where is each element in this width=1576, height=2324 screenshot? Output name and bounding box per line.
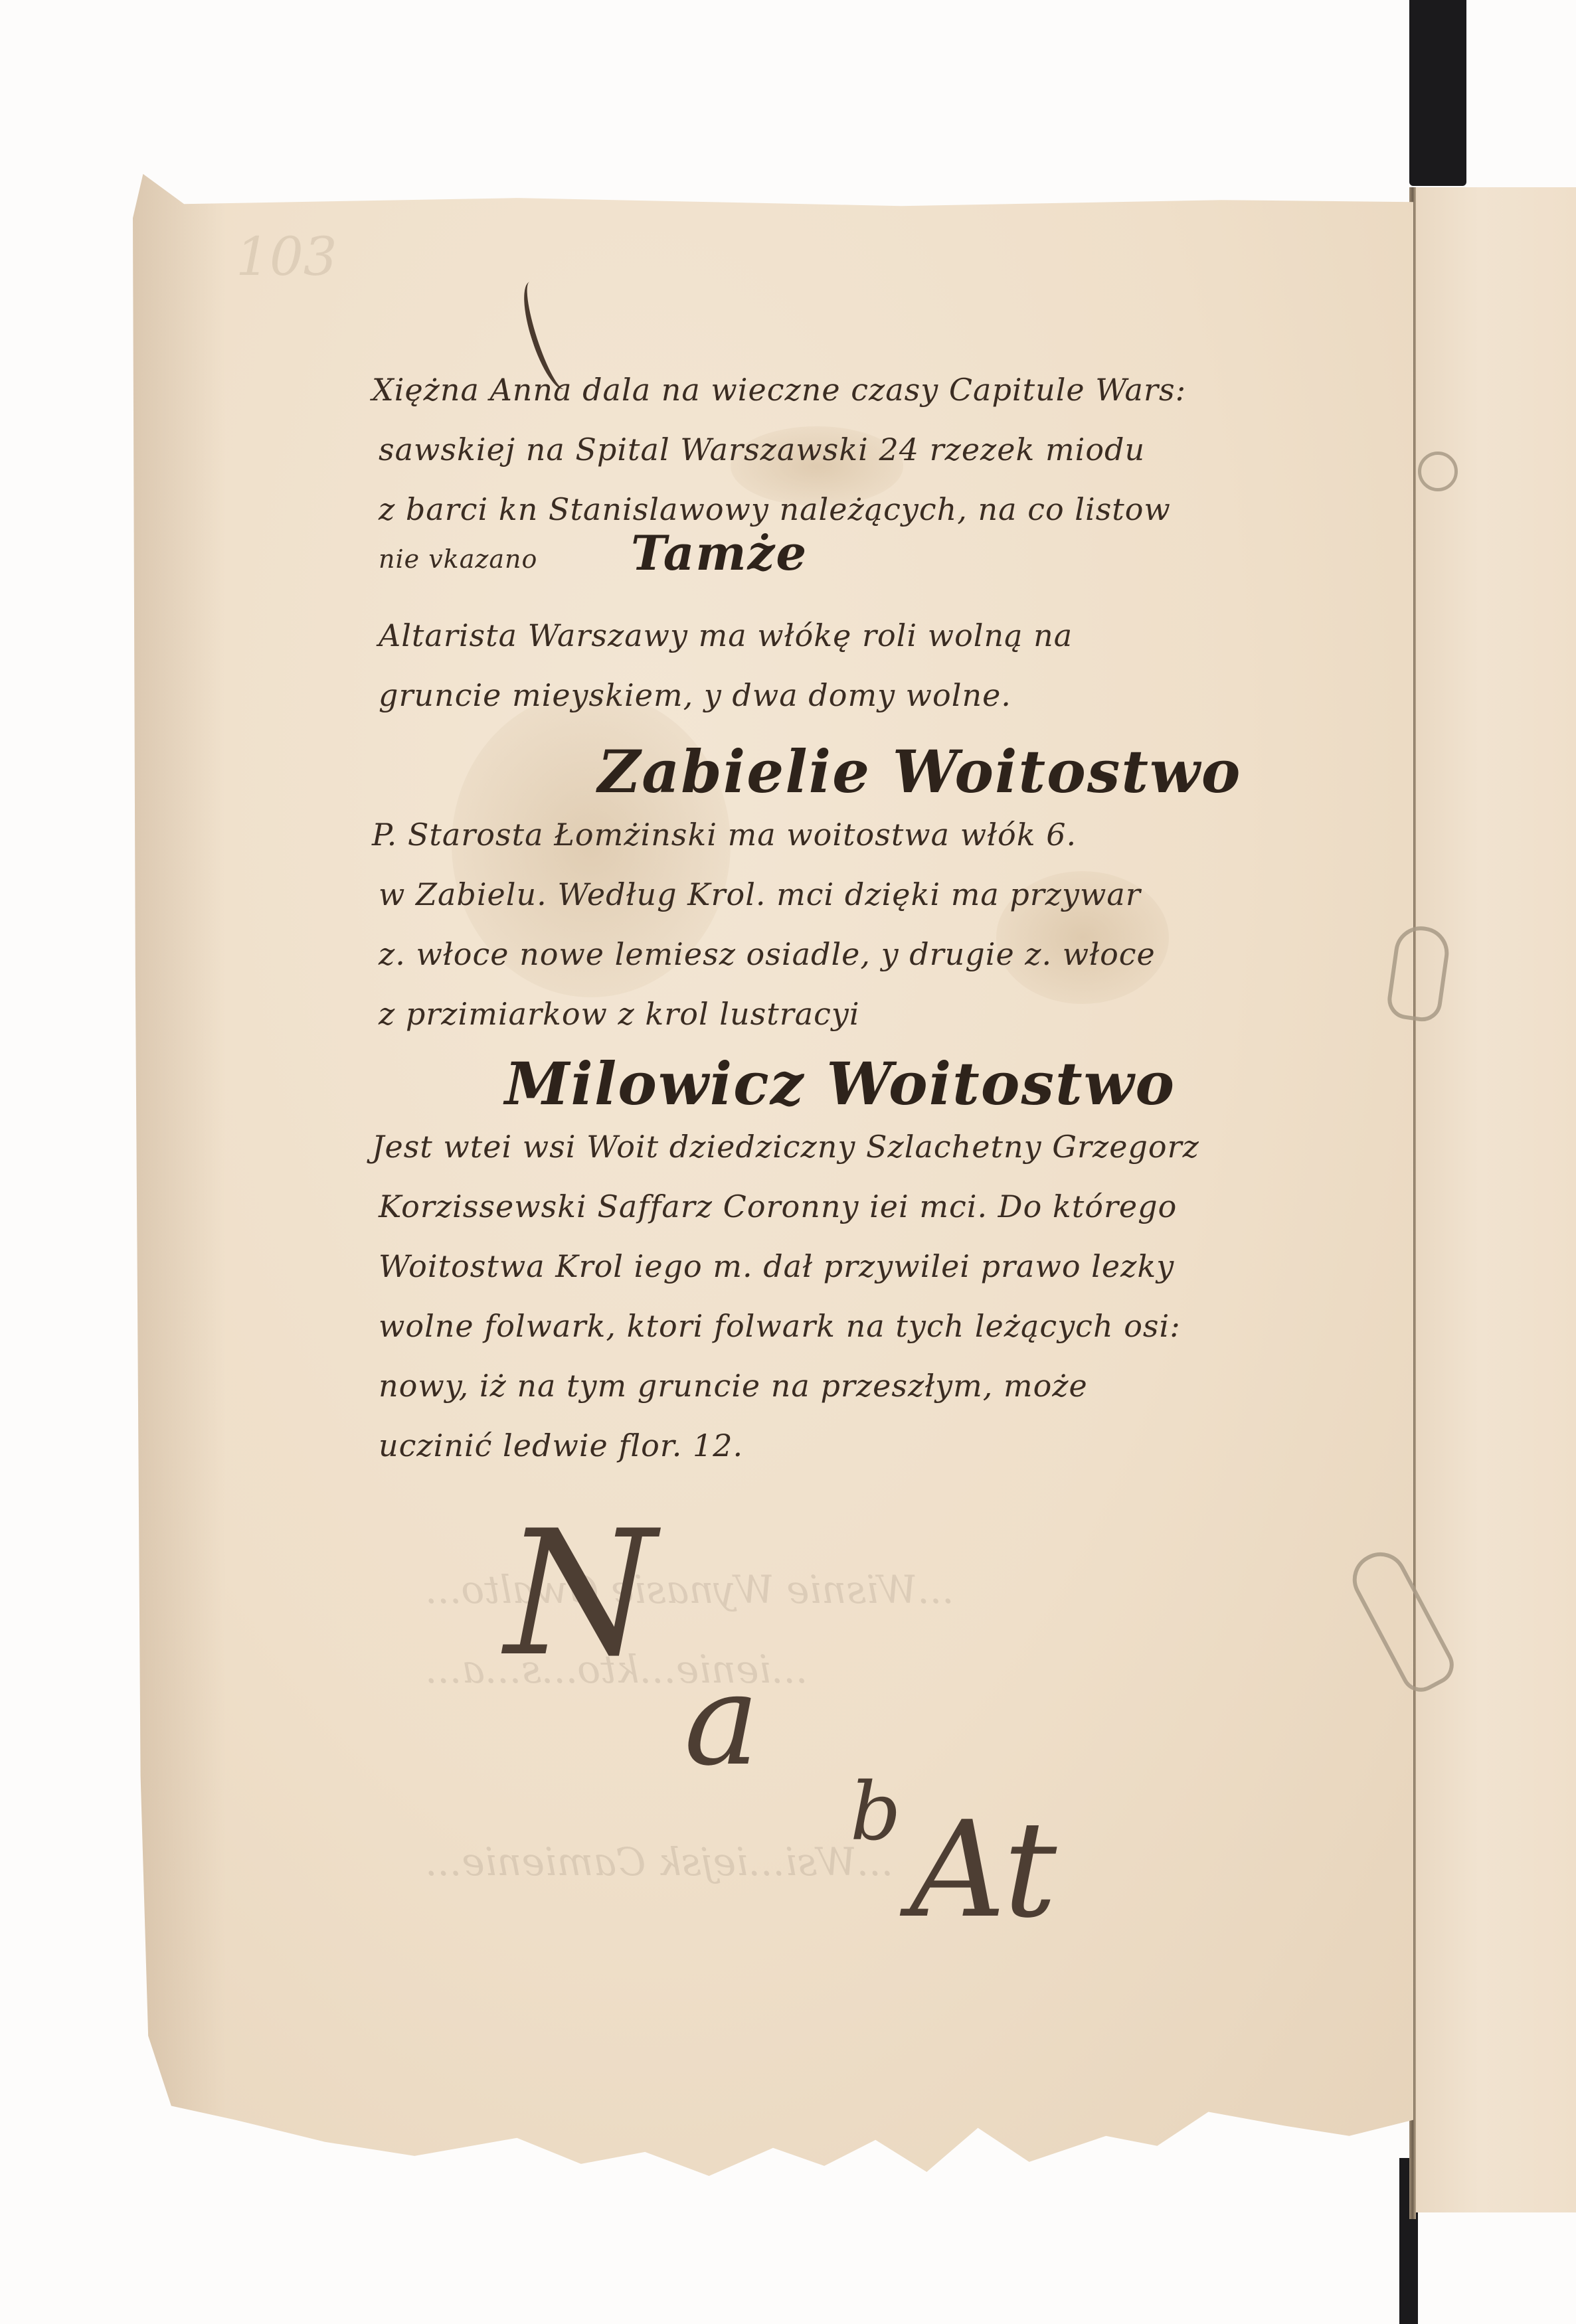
leaf-edge-shadow	[133, 174, 226, 2176]
signature-letter: b	[850, 1766, 901, 1859]
entry-line: z barci kn Stanislawowy należących, na c…	[379, 491, 1171, 527]
entry-line: w Zabielu. Według Krol. mci dzięki ma pr…	[379, 876, 1141, 912]
section-heading: Zabielie Woitostwo	[598, 737, 1241, 806]
entry-line: Jest wtei wsi Woit dziedziczny Szlachetn…	[372, 1129, 1199, 1165]
entry-line: Xiężna Anna dala na wieczne czasy Capitu…	[372, 372, 1186, 408]
entry-line: P. Starosta Łomżinski ma woitostwa włók …	[372, 817, 1077, 853]
entry-line: z przimiarkow z krol lustracyi	[379, 996, 860, 1032]
entry-line: wolne folwark, ktori folwark na tych leż…	[379, 1308, 1181, 1344]
entry-line: z. włoce nowe lemiesz osiadle, y drugie …	[379, 936, 1156, 972]
entry-line: nie vkazano	[379, 544, 537, 574]
section-heading: Tamże	[631, 525, 808, 581]
binding-thread-loop	[1418, 452, 1458, 491]
entry-line: sawskiej na Spital Warszawski 24 rzezek …	[379, 432, 1145, 467]
faint-folio-number: 103	[236, 226, 337, 288]
binding-strip-top	[1409, 0, 1466, 186]
section-heading: Milowicz Woitostwo	[505, 1049, 1176, 1118]
signature-letter: a	[684, 1647, 759, 1793]
entry-line: nowy, iż na tym gruncie na przeszłym, mo…	[379, 1368, 1088, 1404]
entry-line: gruncie mieyskiem, y dwa domy wolne.	[379, 677, 1011, 713]
entry-line: Woitostwa Krol iego m. dał przywilei pra…	[379, 1248, 1174, 1284]
signature-letter: N	[505, 1494, 656, 1695]
entry-line: uczinić ledwie flor. 12.	[379, 1428, 743, 1463]
signature-letter: At	[910, 1793, 1057, 1948]
entry-line: Altarista Warszawy ma włókę roli wolną n…	[379, 618, 1073, 653]
bleed-through-line: ...Wsi...iejsk Camienie...	[425, 1839, 893, 1884]
entry-line: Korzissewski Saffarz Coronny iei mci. Do…	[379, 1189, 1177, 1224]
